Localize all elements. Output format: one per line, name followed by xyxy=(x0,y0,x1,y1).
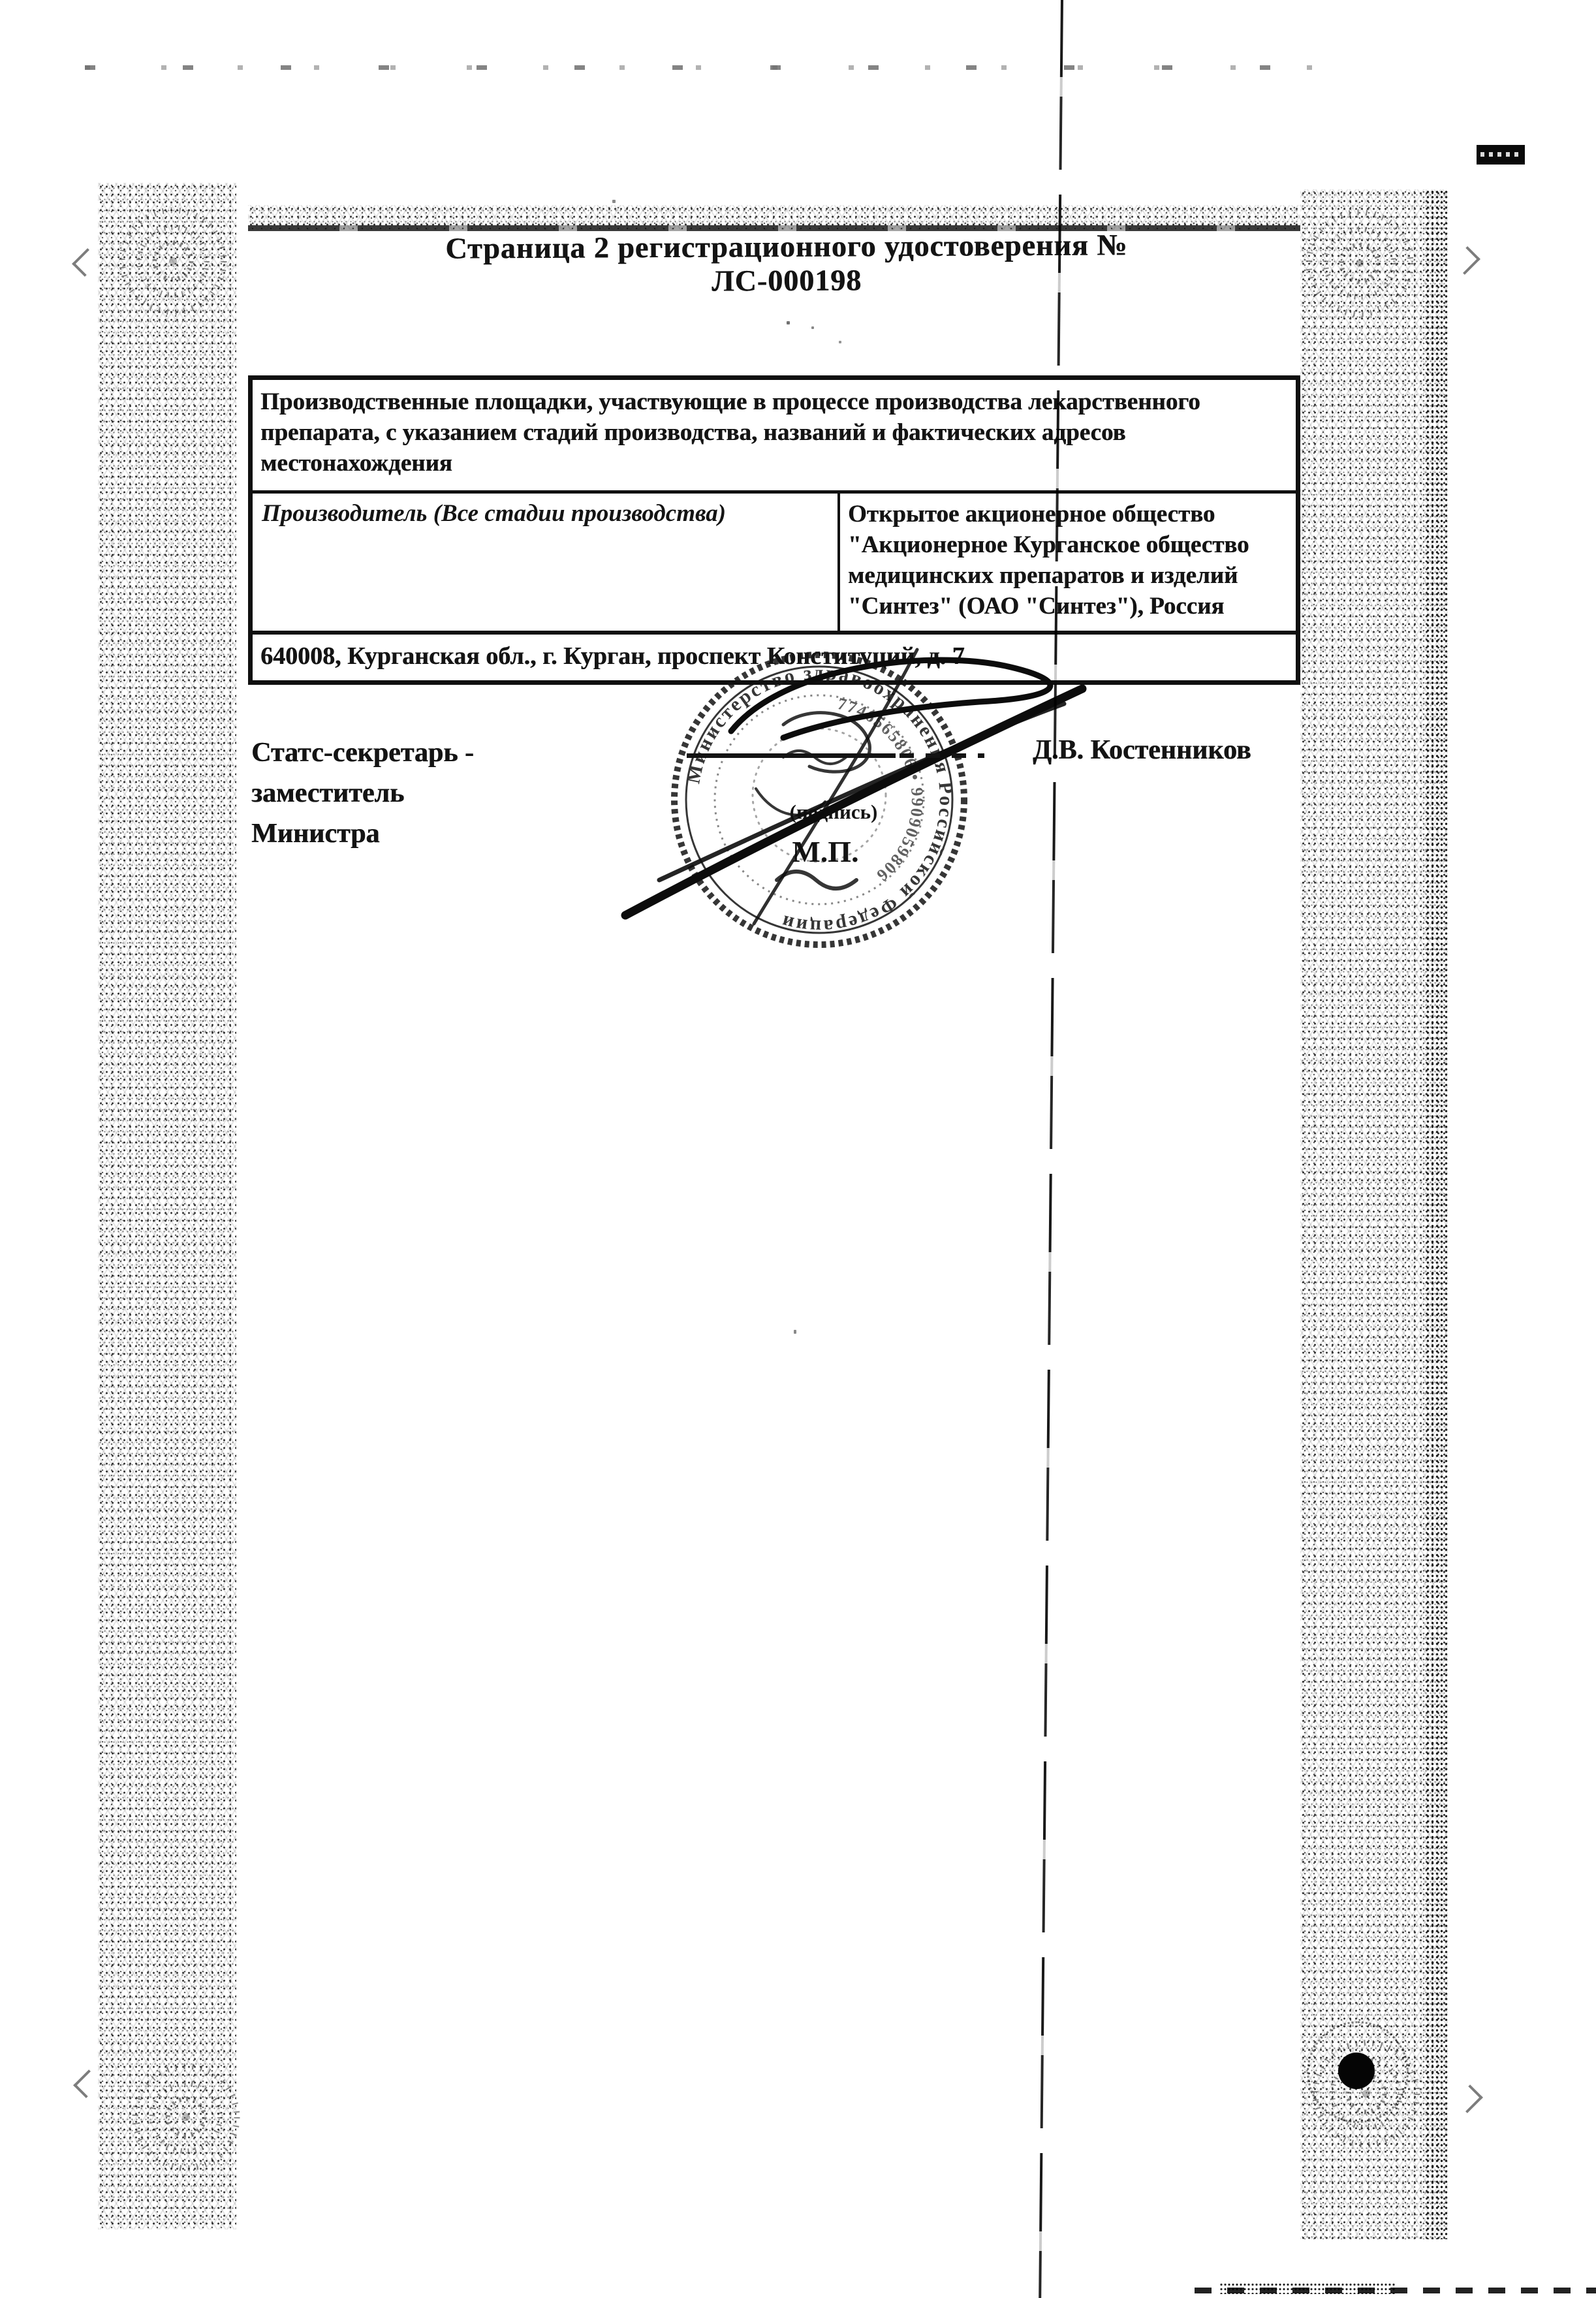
guilloche-band-left xyxy=(98,183,236,2229)
page-title: Страница 2 регистрационного удостоверени… xyxy=(418,228,1156,300)
scan-artifact-bar xyxy=(1477,145,1525,165)
corner-rosette-top-left-icon xyxy=(111,199,235,323)
ink-speck xyxy=(794,1330,796,1334)
edge-tick-icon xyxy=(72,248,101,277)
fold-line xyxy=(1039,0,1063,2298)
certificate-page-scan: Страница 2 регистрационного удостоверени… xyxy=(0,0,1596,2298)
producer-label-cell: Производитель (Все стадии производства) xyxy=(253,494,840,631)
signature-line-dashes xyxy=(900,753,984,758)
edge-tick-icon xyxy=(1454,2085,1483,2113)
producer-value-text: Открытое акционерное общество "Акционерн… xyxy=(848,501,1249,620)
signature-scribble xyxy=(587,627,1123,966)
producer-value-cell: Открытое акционерное общество "Акционерн… xyxy=(840,494,1296,631)
official-post-line1: Статс-секретарь - заместитель xyxy=(251,732,617,813)
official-post-line2: Министра xyxy=(251,813,617,854)
guilloche-band-right xyxy=(1300,189,1448,2239)
corner-rosette-bottom-left-icon xyxy=(124,2055,248,2179)
table-row: Производитель (Все стадии производства) … xyxy=(253,494,1296,635)
ink-speck xyxy=(839,341,841,343)
ink-speck xyxy=(612,200,616,203)
signature-line xyxy=(687,753,896,758)
scan-bottom-blob xyxy=(1219,2282,1396,2294)
scan-speck-row xyxy=(85,65,1358,70)
producer-label-text: Производитель (Все стадии производства) xyxy=(262,500,726,527)
corner-rosette-top-right-icon xyxy=(1298,201,1422,325)
official-post: Статс-секретарь - заместитель Министра xyxy=(251,732,617,854)
ink-speck xyxy=(787,321,790,324)
ink-speck xyxy=(811,326,814,329)
table-header-cell: Производственные площадки, участвующие в… xyxy=(253,380,1296,494)
punch-hole-dot xyxy=(1338,2053,1375,2089)
edge-tick-icon xyxy=(1452,246,1480,275)
